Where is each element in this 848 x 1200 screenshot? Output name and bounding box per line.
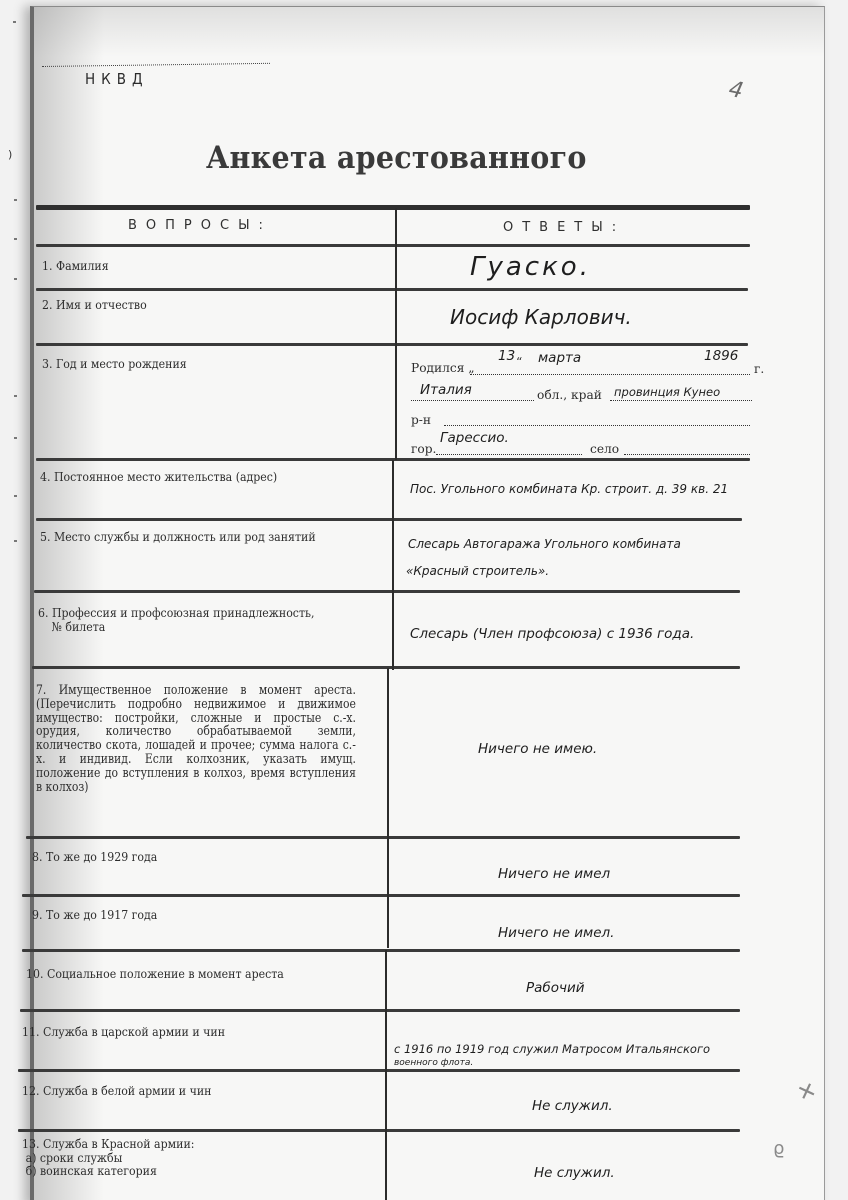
district-label: р-н (411, 413, 431, 427)
birth-province: провинция Кунео (614, 385, 720, 399)
column-divider (387, 668, 389, 948)
question-7: 7. Имущественное положение в момент арес… (36, 683, 356, 793)
year-suffix: г. (754, 362, 764, 376)
row-divider (34, 590, 740, 593)
birth-region: Италия (420, 382, 472, 398)
question-3: 3. Год и место рождения (42, 357, 187, 371)
header-bottom-rule (36, 244, 750, 247)
column-divider (392, 460, 394, 670)
questionnaire-table: ВОПРОСЫ: ОТВЕТЫ: 1. Фамилия Гуаско. 2. И… (0, 0, 848, 1200)
region-label: обл., край (537, 388, 602, 402)
question-8: 8. То же до 1929 года (32, 850, 157, 864)
answer-tsarist-army: с 1916 по 1919 год служил Матросом Италь… (394, 1042, 710, 1056)
answer-address: Пос. Угольного комбината Кр. строит. д. … (410, 482, 728, 496)
answer-name-patronymic: Иосиф Карлович. (450, 305, 632, 329)
question-13: 13. Служба в Красной армии: а) сроки слу… (22, 1138, 194, 1179)
row-divider (22, 949, 740, 952)
row-divider (36, 288, 748, 291)
questions-header: ВОПРОСЫ: (128, 218, 272, 233)
city-label: гор. (411, 442, 436, 456)
answer-social-status: Рабочий (526, 980, 585, 996)
row-divider (18, 1069, 740, 1072)
table-top-rule (36, 205, 750, 210)
row-divider (36, 343, 748, 346)
row-divider (26, 836, 740, 839)
question-10: 10. Социальное положение в момент ареста (26, 967, 284, 981)
column-divider (395, 208, 397, 460)
row-divider (32, 666, 740, 669)
question-12: 12. Служба в белой армии и чин (22, 1084, 211, 1098)
question-2: 2. Имя и отчество (42, 298, 147, 312)
quote-mark: “ (516, 355, 522, 369)
question-1: 1. Фамилия (42, 259, 109, 273)
answer-property: Ничего не имею. (478, 741, 597, 757)
question-6: 6. Профессия и профсоюзная принадлежност… (38, 606, 314, 634)
province-line (610, 400, 752, 401)
birth-date-line (470, 374, 750, 375)
column-divider (385, 950, 387, 1200)
question-4: 4. Постоянное место жительства (адрес) (40, 470, 277, 484)
city-line (436, 454, 582, 455)
village-line (624, 454, 750, 455)
row-divider (20, 1009, 740, 1012)
answer-property-1917: Ничего не имел. (498, 925, 614, 941)
village-label: село (590, 442, 619, 456)
birth-day: 13 (498, 348, 515, 364)
answer-profession: Слесарь (Член профсоюза) с 1936 года. (410, 626, 694, 642)
born-label: Родился „ (411, 361, 475, 375)
answer-surname: Гуаско. (470, 252, 591, 282)
birth-month: марта (538, 350, 581, 366)
question-11: 11. Служба в царской армии и чин (22, 1025, 225, 1039)
question-5: 5. Место службы и должность или род заня… (40, 530, 316, 544)
district-line (444, 425, 750, 426)
birth-year: 1896 (704, 348, 738, 364)
row-divider (36, 518, 742, 521)
answer-workplace-line2: «Красный строитель». (406, 564, 549, 578)
answer-workplace: Слесарь Автогаража Угольного комбината (408, 537, 681, 551)
answer-red-army: Не служил. (534, 1165, 615, 1181)
answer-property-1929: Ничего не имел (498, 866, 610, 882)
answers-header: ОТВЕТЫ: (503, 220, 625, 235)
row-divider (18, 1129, 740, 1132)
answer-white-army: Не служил. (532, 1098, 613, 1114)
row-divider (22, 894, 740, 897)
pencil-curl-mark: ϱ (773, 1138, 784, 1159)
birth-city: Гарессио. (440, 430, 509, 446)
region-line (411, 400, 534, 401)
question-9: 9. То же до 1917 года (32, 908, 157, 922)
answer-tsarist-army-line2: военного флота. (394, 1058, 473, 1068)
